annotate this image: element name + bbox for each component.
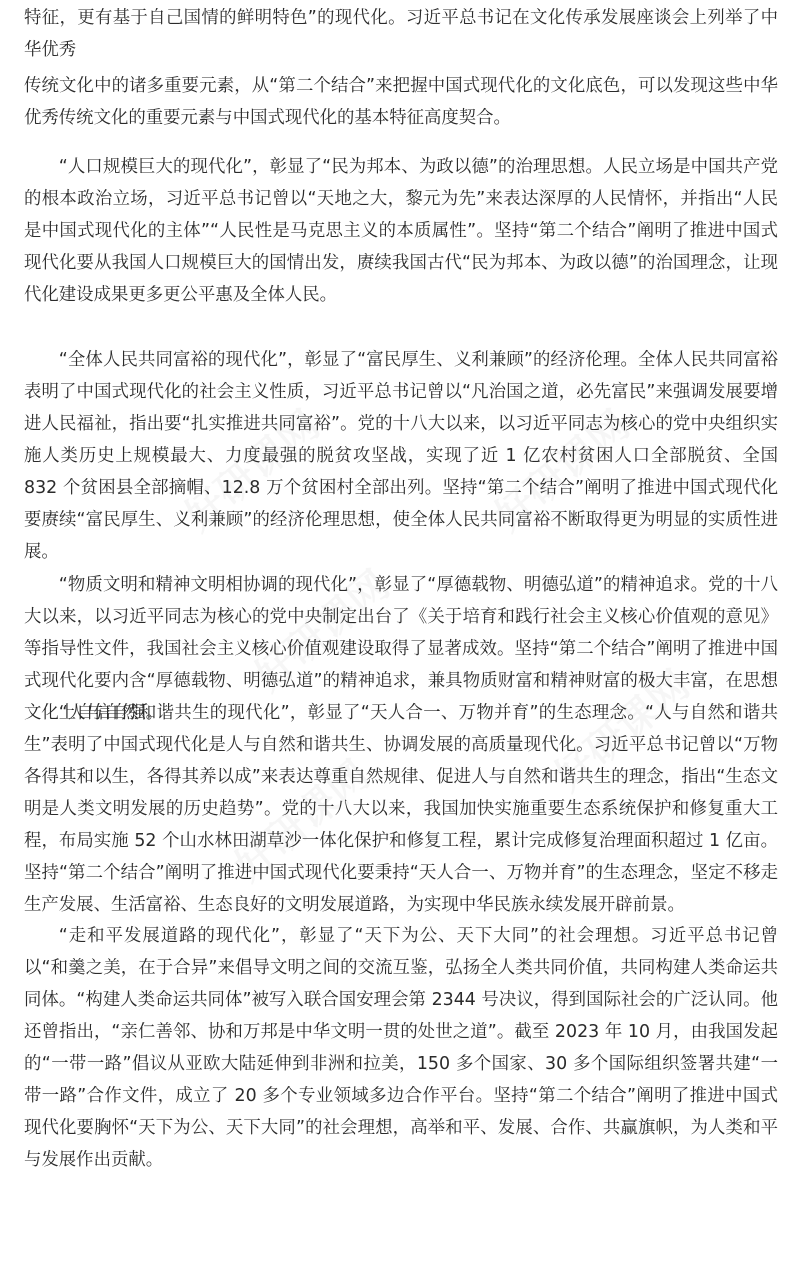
paragraph-harmony-nature: “人与自然和谐共生的现代化”，彰显了“天人合一、万物并育”的生态理念。“人与自然… [24,697,778,921]
paragraph-peaceful-development: “走和平发展道路的现代化”，彰显了“天下为公、天下大同”的社会理想。习近平总书记… [24,920,778,1176]
page-top-fragment: 特征，更有基于自己国情的鲜明特色”的现代化。习近平总书记在文化传承发展座谈会上列… [24,2,778,66]
intro-continuation-paragraph: 传统文化中的诸多重要元素，从“第二个结合”来把握中国式现代化的文化底色，可以发现… [24,70,778,134]
paragraph-common-prosperity: “全体人民共同富裕的现代化”，彰显了“富民厚生、义利兼顾”的经济伦理。全体人民共… [24,344,778,568]
paragraph-population: “人口规模巨大的现代化”，彰显了“民为邦本、为政以德”的治理思想。人民立场是中国… [24,151,778,311]
